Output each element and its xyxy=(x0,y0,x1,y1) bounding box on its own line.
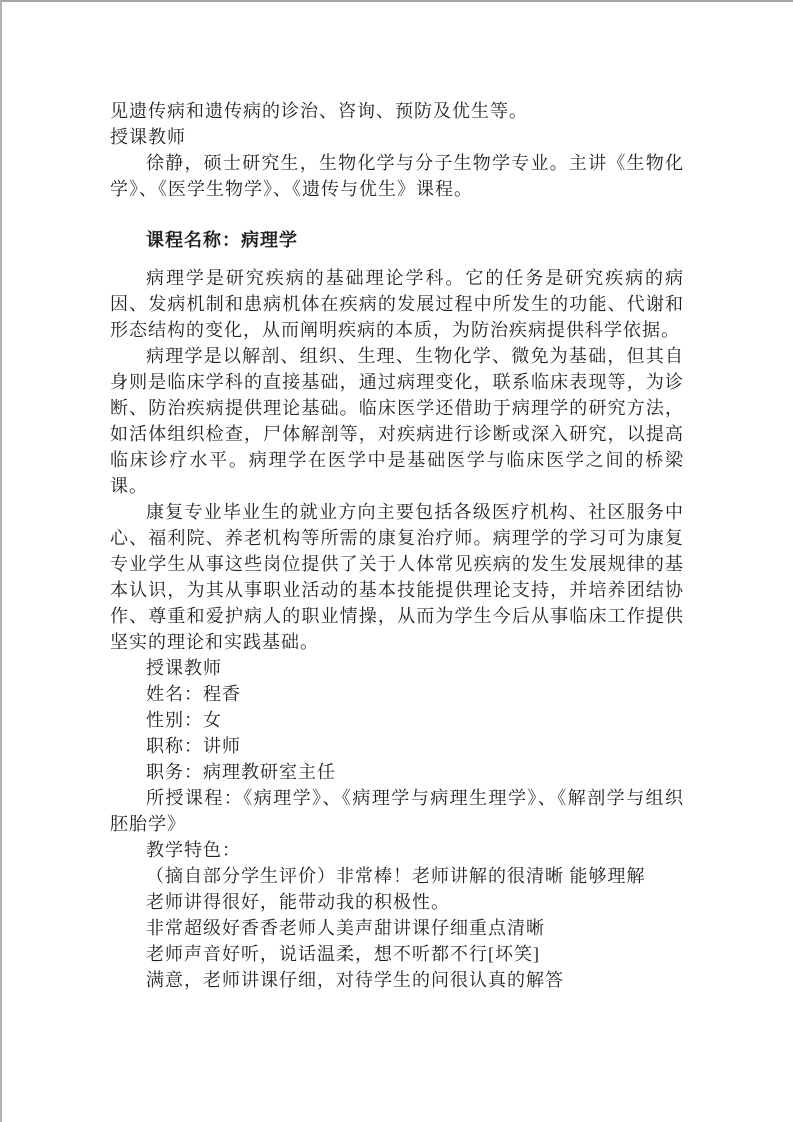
document-body: 见遗传病和遗传病的诊治、咨询、预防及优生等。授课教师徐静，硕士研究生，生物化学与… xyxy=(2,2,793,993)
paragraph: 病理学是研究疾病的基础理论学科。它的任务是研究疾病的病因、发病机制和患病机体在疾… xyxy=(110,265,684,343)
paragraph: 授课教师 xyxy=(110,124,684,150)
paragraph: 见遗传病和遗传病的诊治、咨询、预防及优生等。 xyxy=(110,98,684,124)
paragraph: 康复专业毕业生的就业方向主要包括各级医疗机构、社区服务中心、福利院、养老机构等所… xyxy=(110,499,684,655)
paragraph: 性别：女 xyxy=(110,707,684,733)
paragraph: 教学特色： xyxy=(110,837,684,863)
paragraph: 病理学是以解剖、组织、生理、生物化学、微免为基础，但其自身则是临床学科的直接基础… xyxy=(110,343,684,499)
paragraph: 徐静，硕士研究生，生物化学与分子生物学专业。主讲《生物化学》、《医学生物学》、《… xyxy=(110,150,684,202)
course-title-heading: 课程名称：病理学 xyxy=(110,227,684,253)
paragraph: 非常超级好香香老师人美声甜讲课仔细重点清晰 xyxy=(110,915,684,941)
paragraph: 职务：病理教研室主任 xyxy=(110,759,684,785)
paragraph: 老师声音好听，说话温柔，想不听都不行[坏笑] xyxy=(110,941,684,967)
paragraph: 授课教师 xyxy=(110,655,684,681)
paragraph: 满意，老师讲课仔细，对待学生的问很认真的解答 xyxy=(110,967,684,993)
paragraph: （摘自部分学生评价）非常棒！老师讲解的很清晰 能够理解 xyxy=(110,863,684,889)
paragraph: 职称：讲师 xyxy=(110,733,684,759)
paragraph: 所授课程：《病理学》、《病理学与病理生理学》、《解剖学与组织胚胎学》 xyxy=(110,785,684,837)
paragraph: 姓名：程香 xyxy=(110,681,684,707)
document-page: 见遗传病和遗传病的诊治、咨询、预防及优生等。授课教师徐静，硕士研究生，生物化学与… xyxy=(0,0,793,1122)
paragraph: 老师讲得很好，能带动我的积极性。 xyxy=(110,889,684,915)
